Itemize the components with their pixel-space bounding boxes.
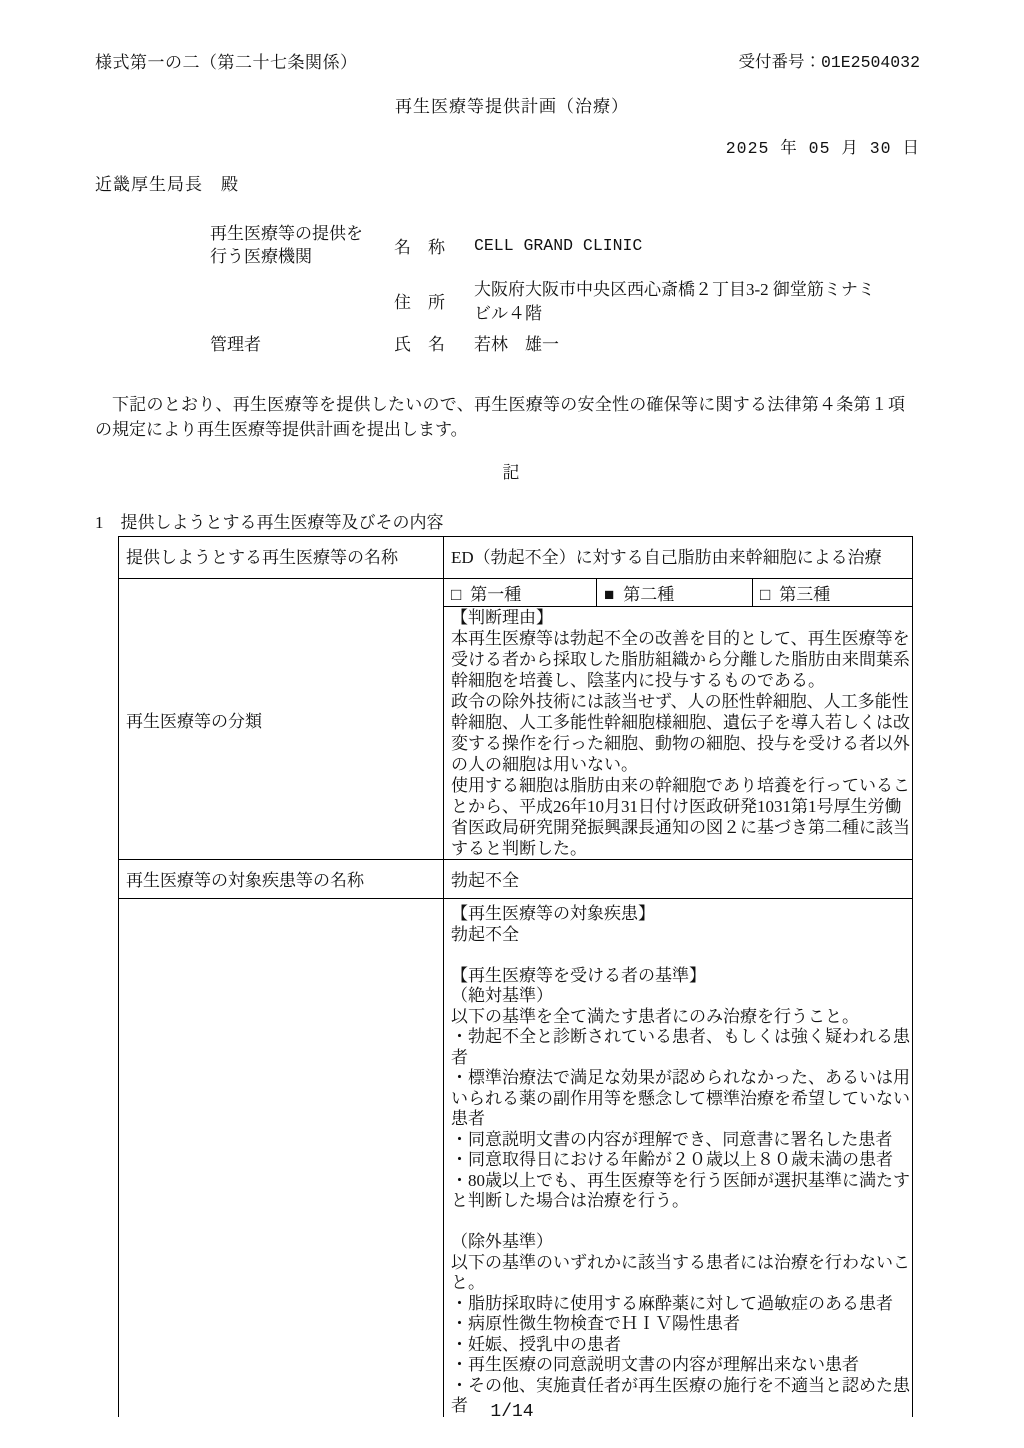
checkbox-label: 第二種 — [623, 585, 674, 604]
provider-label: 再生医療等の提供を 行う医療機関 — [210, 222, 394, 268]
checkbox-unchecked-icon: □ — [760, 585, 770, 605]
clinic-address: 大阪府大阪市中央区西心斎橋２丁目3-2 御堂筋ミナミビル４階 — [474, 278, 884, 326]
classification-option-type1: □第一種 — [444, 579, 597, 607]
address-label: 住 所 — [394, 278, 474, 326]
classification-reason: 【判断理由】 本再生医療等は勃起不全の改善を目的として、再生医療等を受ける者から… — [444, 607, 913, 860]
checkbox-checked-icon: ■ — [604, 585, 614, 605]
provider-label-spacer — [210, 278, 394, 326]
institution-name-row: 再生医療等の提供を 行う医療機関 名 称 CELL GRAND CLINIC — [210, 222, 884, 268]
patient-criteria-row: 【再生医療等の対象疾患】 勃起不全 【再生医療等を受ける者の基準】 （絶対基準）… — [119, 899, 913, 1417]
disease-name-value: 勃起不全 — [444, 860, 913, 899]
document-page: 様式第一の二（第二十七条関係） 受付番号：01E2504032 再生医療等提供計… — [0, 0, 1024, 1448]
patient-criteria-text: 【再生医療等の対象疾患】 勃起不全 【再生医療等を受ける者の基準】 （絶対基準）… — [444, 899, 913, 1417]
checkbox-label: 第一種 — [470, 585, 521, 604]
document-title: 再生医療等提供計画（治療） — [0, 92, 1024, 117]
section1-heading: 1 提供しようとする再生医療等及びその内容 — [95, 508, 444, 533]
classification-option-type2: ■第二種 — [597, 579, 753, 607]
checkbox-label: 第三種 — [779, 585, 830, 604]
manager-label: 管理者 — [210, 330, 394, 355]
classification-label: 再生医療等の分類 — [119, 579, 444, 860]
page-number: 1/14 — [0, 1402, 1024, 1422]
clinic-name: CELL GRAND CLINIC — [474, 236, 884, 255]
ki-marker: 記 — [0, 458, 1024, 483]
intro-paragraph: 下記のとおり、再生医療等を提供したいので、再生医療等の安全性の確保等に関する法律… — [95, 392, 905, 442]
institution-address-row: 住 所 大阪府大阪市中央区西心斎橋２丁目3-2 御堂筋ミナミビル４階 — [210, 278, 884, 326]
manager-name: 若林 雄一 — [474, 330, 884, 355]
disease-name-label: 再生医療等の対象疾患等の名称 — [119, 860, 444, 899]
receipt-number: 受付番号：01E2504032 — [738, 48, 920, 72]
manager-row: 管理者 氏 名 若林 雄一 — [210, 330, 884, 355]
addressee: 近畿厚生局長 殿 — [95, 170, 239, 195]
treatment-name-value: ED（勃起不全）に対する自己脂肪由来幹細胞による治療 — [444, 537, 913, 579]
classification-row: 再生医療等の分類 □第一種 ■第二種 □第三種 — [119, 579, 913, 607]
manager-name-label: 氏 名 — [394, 330, 474, 355]
form-code: 様式第一の二（第二十七条関係） — [95, 48, 358, 73]
treatment-name-label: 提供しようとする再生医療等の名称 — [119, 537, 444, 579]
name-label: 名 称 — [394, 233, 474, 258]
classification-option-type3: □第三種 — [753, 579, 913, 607]
disease-name-row: 再生医療等の対象疾患等の名称 勃起不全 — [119, 860, 913, 899]
checkbox-unchecked-icon: □ — [451, 585, 461, 605]
submission-date: 2025 年 05 月 30 日 — [726, 134, 920, 158]
treatment-name-row: 提供しようとする再生医療等の名称 ED（勃起不全）に対する自己脂肪由来幹細胞によ… — [119, 537, 913, 579]
treatment-plan-table: 提供しようとする再生医療等の名称 ED（勃起不全）に対する自己脂肪由来幹細胞によ… — [118, 536, 913, 1417]
criteria-empty-label — [119, 899, 444, 1417]
